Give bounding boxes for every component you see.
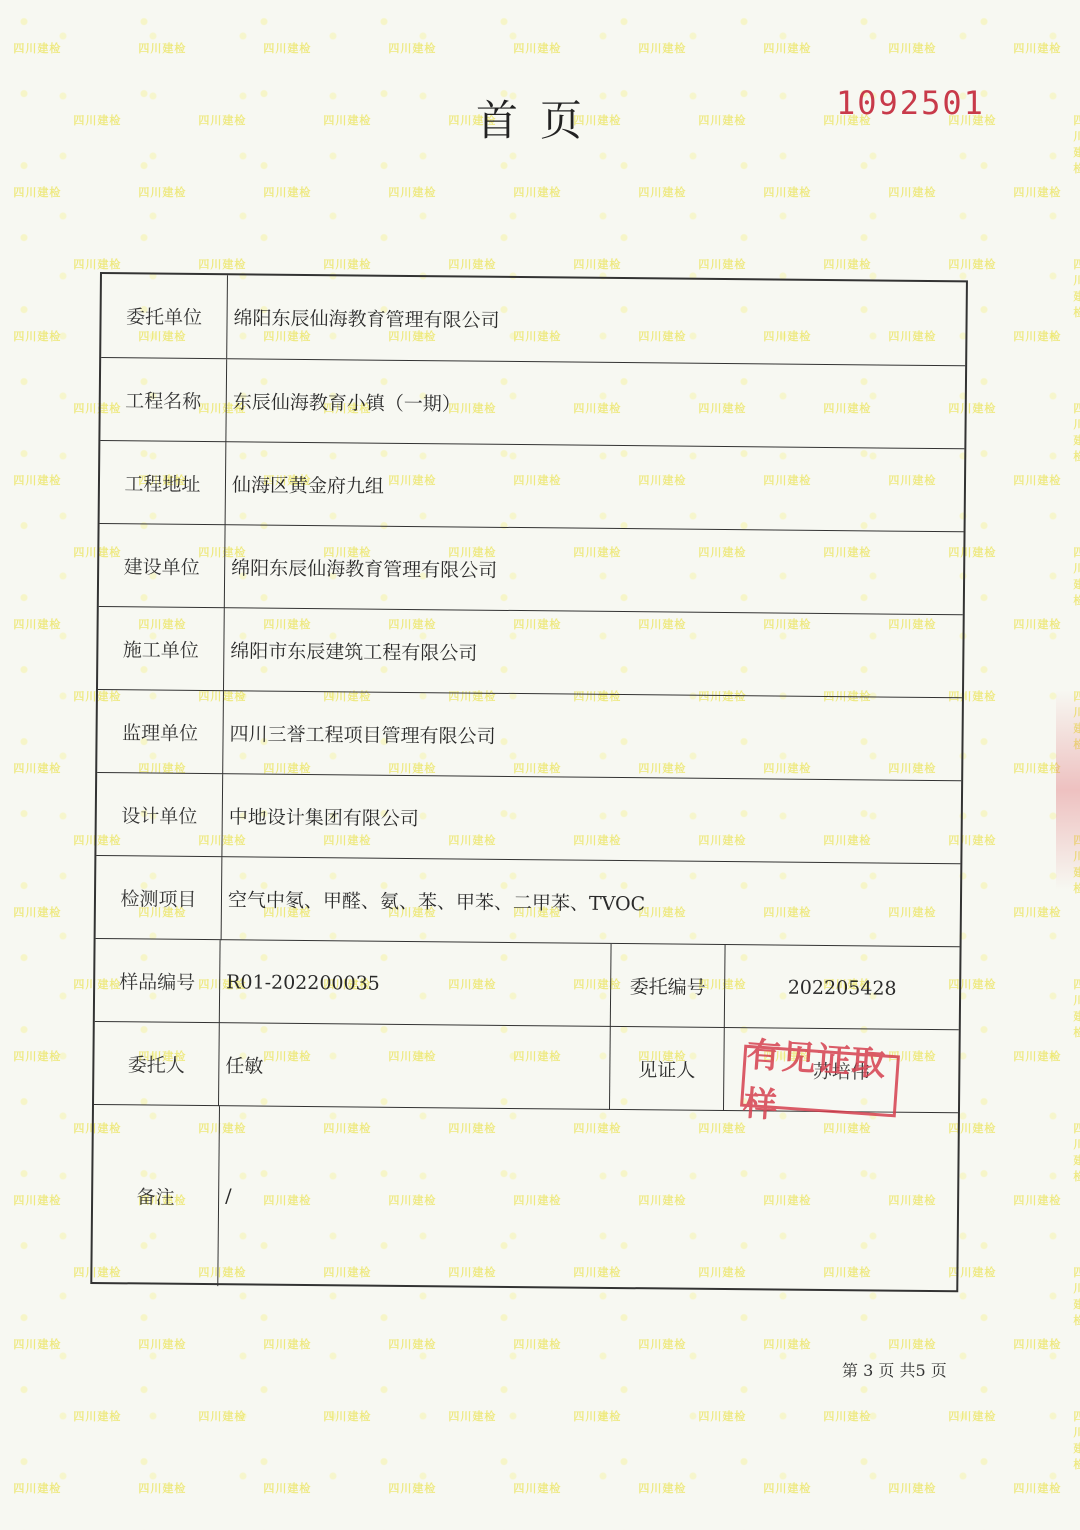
watermark-text: 四川建检	[13, 184, 61, 200]
watermark-text: 四川建检	[13, 1192, 61, 1208]
watermark-text: 四川建检	[13, 1048, 61, 1064]
watermark-text: 四川建检	[1013, 904, 1061, 920]
watermark-text: 四川建检	[1013, 616, 1061, 632]
field-label: 备注	[92, 1105, 220, 1286]
field-label: 检测项目	[96, 856, 223, 940]
watermark-text: 四川建检	[698, 256, 746, 272]
watermark-text: 四川建检	[448, 256, 496, 272]
field-value: 仙海区黄金府九组	[226, 442, 965, 532]
watermark-text: 四川建检	[1013, 1336, 1061, 1352]
watermark-text: 四川建检	[448, 1408, 496, 1424]
watermark-text: 四川建检	[1013, 472, 1061, 488]
watermark-text: 四川建检	[388, 184, 436, 200]
watermark-text: 四川建检	[513, 184, 561, 200]
form-row-designer: 设计单位 中地设计集团有限公司	[96, 772, 961, 864]
watermark-text: 四川建检	[698, 1408, 746, 1424]
form-row-contractor: 施工单位 绵阳市东辰建筑工程有限公司	[98, 606, 963, 698]
witness-sampling-stamp: 有见证取样	[740, 1045, 900, 1118]
watermark-text: 四川建检	[888, 40, 936, 56]
field-value: 202205428	[725, 945, 960, 1030]
page-indicator: 第 3 页 共5 页	[842, 1358, 947, 1381]
watermark-text: 四川建检	[888, 184, 936, 200]
watermark-text: 四川建检	[13, 1480, 61, 1496]
watermark-text: 四川建检	[513, 40, 561, 56]
field-value: 东辰仙海教育小镇（一期）	[226, 359, 965, 449]
watermark-text: 四川建检	[263, 1336, 311, 1352]
watermark-text: 四川建检	[1013, 40, 1061, 56]
watermark-text: 四川建检	[763, 1336, 811, 1352]
watermark-text: 四川建检	[888, 1480, 936, 1496]
form-row-supervisor: 监理单位 四川三誉工程项目管理有限公司	[97, 689, 962, 781]
watermark-text: 四川建检	[948, 1408, 996, 1424]
watermark-text: 四川建检	[823, 1408, 871, 1424]
report-form-table: 委托单位 绵阳东辰仙海教育管理有限公司 工程名称 东辰仙海教育小镇（一期） 工程…	[90, 272, 968, 1292]
watermark-text: 四川建检	[263, 40, 311, 56]
watermark-text: 四川建检	[1073, 544, 1080, 608]
watermark-text: 四川建检	[888, 1336, 936, 1352]
watermark-text: 四川建检	[138, 1480, 186, 1496]
watermark-text: 四川建检	[13, 328, 61, 344]
watermark-text: 四川建检	[388, 1336, 436, 1352]
form-row-remarks: 备注 /	[92, 1104, 958, 1293]
watermark-text: 四川建检	[73, 256, 121, 272]
watermark-text: 四川建检	[1013, 184, 1061, 200]
watermark-text: 四川建检	[513, 1336, 561, 1352]
watermark-text: 四川建检	[638, 184, 686, 200]
watermark-text: 四川建检	[638, 1480, 686, 1496]
watermark-text: 四川建检	[638, 1336, 686, 1352]
field-label: 委托人	[94, 1022, 220, 1106]
field-label: 设计单位	[96, 773, 223, 857]
edge-seal-mark	[1056, 690, 1080, 890]
watermark-text: 四川建检	[13, 760, 61, 776]
field-value: 中地设计集团有限公司	[222, 774, 961, 864]
watermark-text: 四川建检	[388, 1480, 436, 1496]
watermark-text: 四川建检	[13, 904, 61, 920]
watermark-text: 四川建检	[13, 472, 61, 488]
watermark-text: 四川建检	[1073, 400, 1080, 464]
field-value: 任敏	[219, 1023, 610, 1110]
field-label: 委托单位	[101, 274, 228, 358]
form-row-project-name: 工程名称 东辰仙海教育小镇（一期）	[100, 357, 965, 449]
watermark-text: 四川建检	[323, 1408, 371, 1424]
watermark-text: 四川建检	[638, 40, 686, 56]
watermark-text: 四川建检	[138, 1336, 186, 1352]
watermark-text: 四川建检	[1013, 1048, 1061, 1064]
watermark-text: 四川建检	[198, 1408, 246, 1424]
watermark-text: 四川建检	[13, 1336, 61, 1352]
watermark-text: 四川建检	[1073, 1408, 1080, 1472]
field-label: 样品编号	[95, 939, 221, 1023]
watermark-text: 四川建检	[1073, 1120, 1080, 1184]
watermark-text: 四川建检	[573, 256, 621, 272]
watermark-text: 四川建检	[763, 1480, 811, 1496]
form-row-test-items: 检测项目 空气中氡、甲醛、氨、苯、甲苯、二甲苯、TVOC	[96, 855, 961, 947]
watermark-text: 四川建检	[1013, 1480, 1061, 1496]
watermark-text: 四川建检	[13, 616, 61, 632]
watermark-text: 四川建检	[388, 40, 436, 56]
field-label: 工程名称	[100, 358, 227, 442]
watermark-text: 四川建检	[263, 1480, 311, 1496]
watermark-text: 四川建检	[763, 184, 811, 200]
field-label: 建设单位	[99, 524, 226, 608]
field-label: 监理单位	[97, 690, 224, 774]
field-label: 委托编号	[610, 944, 726, 1028]
watermark-text: 四川建检	[13, 40, 61, 56]
field-value: /	[218, 1106, 958, 1293]
watermark-text: 四川建检	[1073, 256, 1080, 320]
field-value: 绵阳市东辰建筑工程有限公司	[224, 608, 963, 698]
watermark-text: 四川建检	[263, 184, 311, 200]
watermark-text: 四川建检	[1013, 760, 1061, 776]
watermark-text: 四川建检	[513, 1480, 561, 1496]
watermark-text: 四川建检	[138, 184, 186, 200]
watermark-text: 四川建检	[138, 40, 186, 56]
field-label: 施工单位	[98, 607, 225, 691]
watermark-text: 四川建检	[323, 256, 371, 272]
form-row-project-address: 工程地址 仙海区黄金府九组	[100, 440, 965, 532]
field-value: R01-202200035	[220, 940, 611, 1027]
field-label: 工程地址	[100, 441, 227, 525]
watermark-text: 四川建检	[1013, 1192, 1061, 1208]
serial-number: 1092501	[836, 84, 985, 122]
field-value: 绵阳东辰仙海教育管理有限公司	[225, 525, 964, 615]
watermark-text: 四川建检	[1073, 1264, 1080, 1328]
form-row-construction-owner: 建设单位 绵阳东辰仙海教育管理有限公司	[99, 523, 964, 615]
form-row-client-unit: 委托单位 绵阳东辰仙海教育管理有限公司	[101, 274, 966, 365]
watermark-text: 四川建检	[1013, 328, 1061, 344]
watermark-text: 四川建检	[948, 256, 996, 272]
watermark-text: 四川建检	[763, 40, 811, 56]
watermark-text: 四川建检	[573, 1408, 621, 1424]
watermark-text: 四川建检	[73, 1408, 121, 1424]
watermark-text: 四川建检	[1073, 976, 1080, 1040]
watermark-text: 四川建检	[823, 256, 871, 272]
form-row-sample-number: 样品编号 R01-202200035 委托编号 202205428	[95, 938, 960, 1030]
field-value: 绵阳东辰仙海教育管理有限公司	[227, 275, 966, 365]
field-value: 四川三誉工程项目管理有限公司	[223, 691, 962, 781]
field-value: 空气中氡、甲醛、氨、苯、甲苯、二甲苯、TVOC	[222, 857, 961, 947]
watermark-text: 四川建检	[198, 256, 246, 272]
field-label: 见证人	[609, 1027, 725, 1111]
